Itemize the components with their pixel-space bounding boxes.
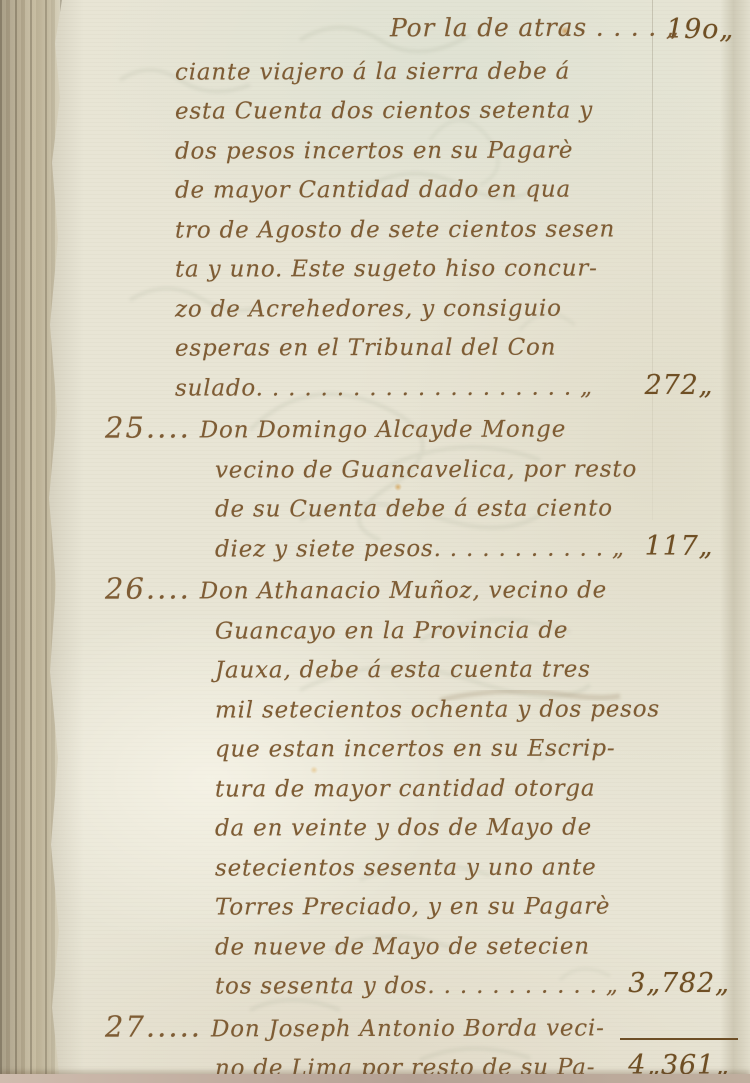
entry-first-line-text: Don Athanacio Muñoz, vecino de [200, 577, 607, 604]
gutter-shadow [40, 0, 95, 1083]
manuscript-line: setecientos sesenta y uno ante [215, 848, 620, 889]
ledger-entry-27: 27.....Don Joseph Antonio Borda veci-no … [100, 1007, 738, 1083]
manuscript-line: dos pesos incertos en su Pagarè [175, 131, 620, 172]
amount-value: 4„361„ [620, 1007, 738, 1083]
entry-number: 27..... [105, 1009, 202, 1043]
ledger-entry-25: 25....Don Domingo Alcayde Mongevecino de… [100, 408, 738, 569]
manuscript-line: 26....Don Athanacio Muñoz, vecino de [105, 568, 620, 612]
manuscript-line: zo de Acrehedores, y consiguio [175, 289, 620, 330]
entry-first-line-text: Don Domingo Alcayde Monge [200, 416, 566, 443]
entry-text: ciante viajero á la sierra debe áesta Cu… [100, 53, 620, 409]
manuscript-line: sulado. . . . . . . . . . . . . . . . . … [175, 368, 620, 409]
manuscript-line: tura de mayor cantidad otorga [215, 769, 620, 810]
manuscript-line: esta Cuenta dos cientos setenta y [175, 91, 620, 132]
entry-text: 26....Don Athanacio Muñoz, vecino deGuan… [100, 569, 620, 1007]
manuscript-line: esperas en el Tribunal del Con [175, 328, 620, 369]
entry-number: 26.... [105, 571, 191, 605]
manuscript-line: que estan incertos en su Escrip- [215, 729, 620, 770]
manuscript-line: vecino de Guancavelica, por resto [215, 450, 620, 491]
manuscript-line: da en veinte y dos de Mayo de [215, 808, 620, 849]
manuscript-page: Por la de atras . . . . „ 19o„ ciante vi… [0, 0, 750, 1083]
ledger-entry-continued: ciante viajero á la sierra debe áesta Cu… [100, 53, 738, 409]
carry-forward-row: Por la de atras . . . . „ 19o„ [100, 8, 738, 53]
manuscript-line: 27.....Don Joseph Antonio Borda veci- [105, 1006, 620, 1050]
carry-forward-text-cell: Por la de atras . . . . „ [100, 8, 620, 53]
manuscript-line: 25....Don Domingo Alcayde Monge [105, 407, 620, 451]
manuscript-line: tos sesenta y dos. . . . . . . . . . . „ [215, 966, 620, 1007]
manuscript-line: de mayor Cantidad dado en qua [175, 170, 620, 211]
manuscript-line: de su Cuenta debe á esta ciento [215, 489, 620, 530]
manuscript-line: ciante viajero á la sierra debe á [175, 52, 620, 93]
entry-first-line-text: Don Joseph Antonio Borda veci- [211, 1015, 605, 1042]
amount-value: 272„ [620, 53, 738, 409]
scan-bottom-edge [0, 1074, 750, 1083]
manuscript-line: tro de Agosto de sete cientos sesen [175, 210, 620, 251]
entry-number: 25.... [105, 410, 191, 444]
amount-value: 3„782„ [620, 569, 738, 1007]
entry-text: 25....Don Domingo Alcayde Mongevecino de… [100, 408, 620, 569]
manuscript-line: de nueve de Mayo de setecien [215, 927, 620, 968]
ledger-entry-26: 26....Don Athanacio Muñoz, vecino deGuan… [100, 569, 738, 1007]
manuscript-line: Guancayo en la Provincia de [215, 611, 620, 652]
amount-value: 117„ [620, 408, 738, 569]
entry-text: 27.....Don Joseph Antonio Borda veci-no … [100, 1007, 620, 1083]
manuscript-line: Jauxa, debe á esta cuenta tres [215, 650, 620, 691]
manuscript-line: mil setecientos ochenta y dos pesos [215, 690, 620, 731]
manuscript-line: Torres Preciado, y en su Pagarè [215, 887, 620, 928]
manuscript-line: ta y uno. Este sugeto hiso concur- [175, 249, 620, 290]
ledger-content: Por la de atras . . . . „ 19o„ ciante vi… [100, 8, 738, 1083]
manuscript-line: diez y siete pesos. . . . . . . . . . . … [215, 529, 620, 570]
ledger-entries: ciante viajero á la sierra debe áesta Cu… [100, 53, 738, 1083]
carry-forward-text: Por la de atras . . . . „ [390, 8, 620, 48]
